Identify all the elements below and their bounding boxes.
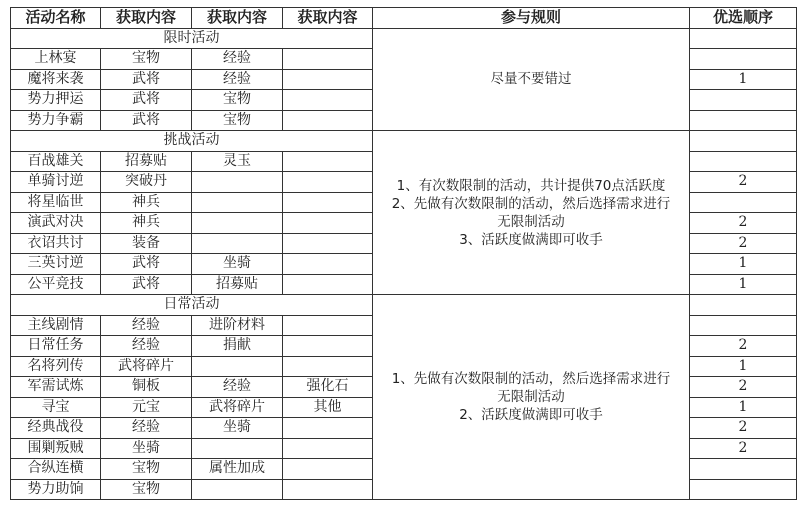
priority-cell [690, 192, 797, 213]
rules-line: 无限制活动 [375, 388, 687, 406]
activity-name-cell: 军需试炼 [11, 377, 101, 398]
reward-cell-1: 神兵 [101, 192, 192, 213]
reward-cell-3 [283, 315, 373, 336]
reward-cell-1: 宝物 [101, 479, 192, 500]
header-rules: 参与规则 [373, 8, 690, 29]
reward-cell-3 [283, 192, 373, 213]
priority-cell: 1 [690, 274, 797, 295]
reward-cell-2 [192, 233, 283, 254]
rules-line: 无限制活动 [375, 213, 687, 231]
reward-cell-3 [283, 213, 373, 234]
reward-cell-3 [283, 69, 373, 90]
reward-cell-3 [283, 438, 373, 459]
priority-cell [690, 459, 797, 480]
activity-name-cell: 上林宴 [11, 49, 101, 70]
reward-cell-1: 神兵 [101, 213, 192, 234]
rules-line: 尽量不要错过 [375, 70, 687, 88]
priority-cell [690, 131, 797, 152]
reward-cell-1: 突破丹 [101, 172, 192, 193]
reward-cell-3 [283, 49, 373, 70]
reward-cell-1: 经验 [101, 315, 192, 336]
reward-cell-2: 坐骑 [192, 418, 283, 439]
priority-cell [690, 110, 797, 131]
reward-cell-2: 经验 [192, 69, 283, 90]
reward-cell-3 [283, 172, 373, 193]
header-activity-name: 活动名称 [11, 8, 101, 29]
reward-cell-1: 宝物 [101, 459, 192, 480]
section-rules: 1、先做有次数限制的活动，然后选择需求进行无限制活动2、活跃度做满即可收手 [373, 295, 690, 500]
priority-cell [690, 49, 797, 70]
section-rules: 尽量不要错过 [373, 28, 690, 131]
reward-cell-1: 宝物 [101, 49, 192, 70]
reward-cell-2: 灵玉 [192, 151, 283, 172]
reward-cell-1: 武将 [101, 254, 192, 275]
reward-cell-2 [192, 479, 283, 500]
reward-cell-1: 招募贴 [101, 151, 192, 172]
reward-cell-2: 招募贴 [192, 274, 283, 295]
reward-cell-2: 经验 [192, 377, 283, 398]
reward-cell-1: 经验 [101, 336, 192, 357]
priority-cell: 2 [690, 377, 797, 398]
priority-cell [690, 151, 797, 172]
activity-name-cell: 将星临世 [11, 192, 101, 213]
priority-cell: 1 [690, 397, 797, 418]
section-title: 日常活动 [11, 295, 373, 316]
rules-line: 1、先做有次数限制的活动，然后选择需求进行 [375, 370, 687, 388]
section-header-row: 日常活动1、先做有次数限制的活动，然后选择需求进行无限制活动2、活跃度做满即可收… [11, 295, 797, 316]
activity-name-cell: 日常任务 [11, 336, 101, 357]
section-header-row: 挑战活动1、有次数限制的活动，共计提供70点活跃度2、先做有次数限制的活动，然后… [11, 131, 797, 152]
reward-cell-1: 经验 [101, 418, 192, 439]
reward-cell-2: 捐献 [192, 336, 283, 357]
activity-name-cell: 寻宝 [11, 397, 101, 418]
rules-line: 3、活跃度做满即可收手 [375, 231, 687, 249]
reward-cell-3 [283, 90, 373, 111]
reward-cell-2: 经验 [192, 49, 283, 70]
reward-cell-2: 宝物 [192, 90, 283, 111]
section-header-row: 限时活动尽量不要错过 [11, 28, 797, 49]
section-title: 限时活动 [11, 28, 373, 49]
reward-cell-2: 武将碎片 [192, 397, 283, 418]
activity-table: 活动名称 获取内容 获取内容 获取内容 参与规则 优选顺序 限时活动尽量不要错过… [10, 7, 797, 500]
activity-name-cell: 三英讨逆 [11, 254, 101, 275]
reward-cell-3 [283, 479, 373, 500]
activity-name-cell: 势力争霸 [11, 110, 101, 131]
reward-cell-2 [192, 438, 283, 459]
header-reward-3: 获取内容 [283, 8, 373, 29]
reward-cell-1: 武将 [101, 69, 192, 90]
activity-name-cell: 名将列传 [11, 356, 101, 377]
reward-cell-2: 坐骑 [192, 254, 283, 275]
reward-cell-1: 装备 [101, 233, 192, 254]
priority-cell [690, 315, 797, 336]
reward-cell-1: 武将 [101, 90, 192, 111]
activity-name-cell: 衣诏共讨 [11, 233, 101, 254]
priority-cell: 2 [690, 336, 797, 357]
header-reward-2: 获取内容 [192, 8, 283, 29]
reward-cell-3 [283, 233, 373, 254]
reward-cell-3 [283, 459, 373, 480]
section-title: 挑战活动 [11, 131, 373, 152]
header-reward-1: 获取内容 [101, 8, 192, 29]
priority-cell: 2 [690, 172, 797, 193]
rules-line: 2、活跃度做满即可收手 [375, 406, 687, 424]
reward-cell-2 [192, 213, 283, 234]
reward-cell-3 [283, 274, 373, 295]
activity-name-cell: 经典战役 [11, 418, 101, 439]
reward-cell-3 [283, 110, 373, 131]
activity-name-cell: 单骑讨逆 [11, 172, 101, 193]
activity-name-cell: 势力助饷 [11, 479, 101, 500]
activity-name-cell: 围剿叛贼 [11, 438, 101, 459]
reward-cell-3 [283, 336, 373, 357]
priority-cell [690, 28, 797, 49]
section-rules: 1、有次数限制的活动，共计提供70点活跃度2、先做有次数限制的活动，然后选择需求… [373, 131, 690, 295]
reward-cell-3 [283, 356, 373, 377]
activity-name-cell: 势力押运 [11, 90, 101, 111]
priority-cell: 1 [690, 69, 797, 90]
reward-cell-2 [192, 356, 283, 377]
reward-cell-3: 强化石 [283, 377, 373, 398]
priority-cell: 2 [690, 418, 797, 439]
priority-cell [690, 479, 797, 500]
activity-name-cell: 魔将来袭 [11, 69, 101, 90]
reward-cell-3 [283, 254, 373, 275]
activity-name-cell: 百战雄关 [11, 151, 101, 172]
reward-cell-2: 进阶材料 [192, 315, 283, 336]
priority-cell: 2 [690, 233, 797, 254]
reward-cell-1: 武将 [101, 110, 192, 131]
header-row: 活动名称 获取内容 获取内容 获取内容 参与规则 优选顺序 [11, 8, 797, 29]
priority-cell: 1 [690, 254, 797, 275]
activity-name-cell: 公平竞技 [11, 274, 101, 295]
reward-cell-1: 铜板 [101, 377, 192, 398]
priority-cell [690, 295, 797, 316]
reward-cell-3 [283, 418, 373, 439]
reward-cell-3 [283, 151, 373, 172]
reward-cell-2 [192, 192, 283, 213]
priority-cell: 1 [690, 356, 797, 377]
reward-cell-1: 元宝 [101, 397, 192, 418]
reward-cell-1: 坐骑 [101, 438, 192, 459]
header-priority: 优选顺序 [690, 8, 797, 29]
rules-line: 1、有次数限制的活动，共计提供70点活跃度 [375, 177, 687, 195]
activity-name-cell: 合纵连横 [11, 459, 101, 480]
activity-name-cell: 主线剧情 [11, 315, 101, 336]
reward-cell-1: 武将 [101, 274, 192, 295]
rules-line: 2、先做有次数限制的活动，然后选择需求进行 [375, 195, 687, 213]
reward-cell-2 [192, 172, 283, 193]
reward-cell-2: 属性加成 [192, 459, 283, 480]
priority-cell [690, 90, 797, 111]
priority-cell: 2 [690, 438, 797, 459]
activity-name-cell: 演武对决 [11, 213, 101, 234]
reward-cell-2: 宝物 [192, 110, 283, 131]
priority-cell: 2 [690, 213, 797, 234]
reward-cell-1: 武将碎片 [101, 356, 192, 377]
reward-cell-3: 其他 [283, 397, 373, 418]
